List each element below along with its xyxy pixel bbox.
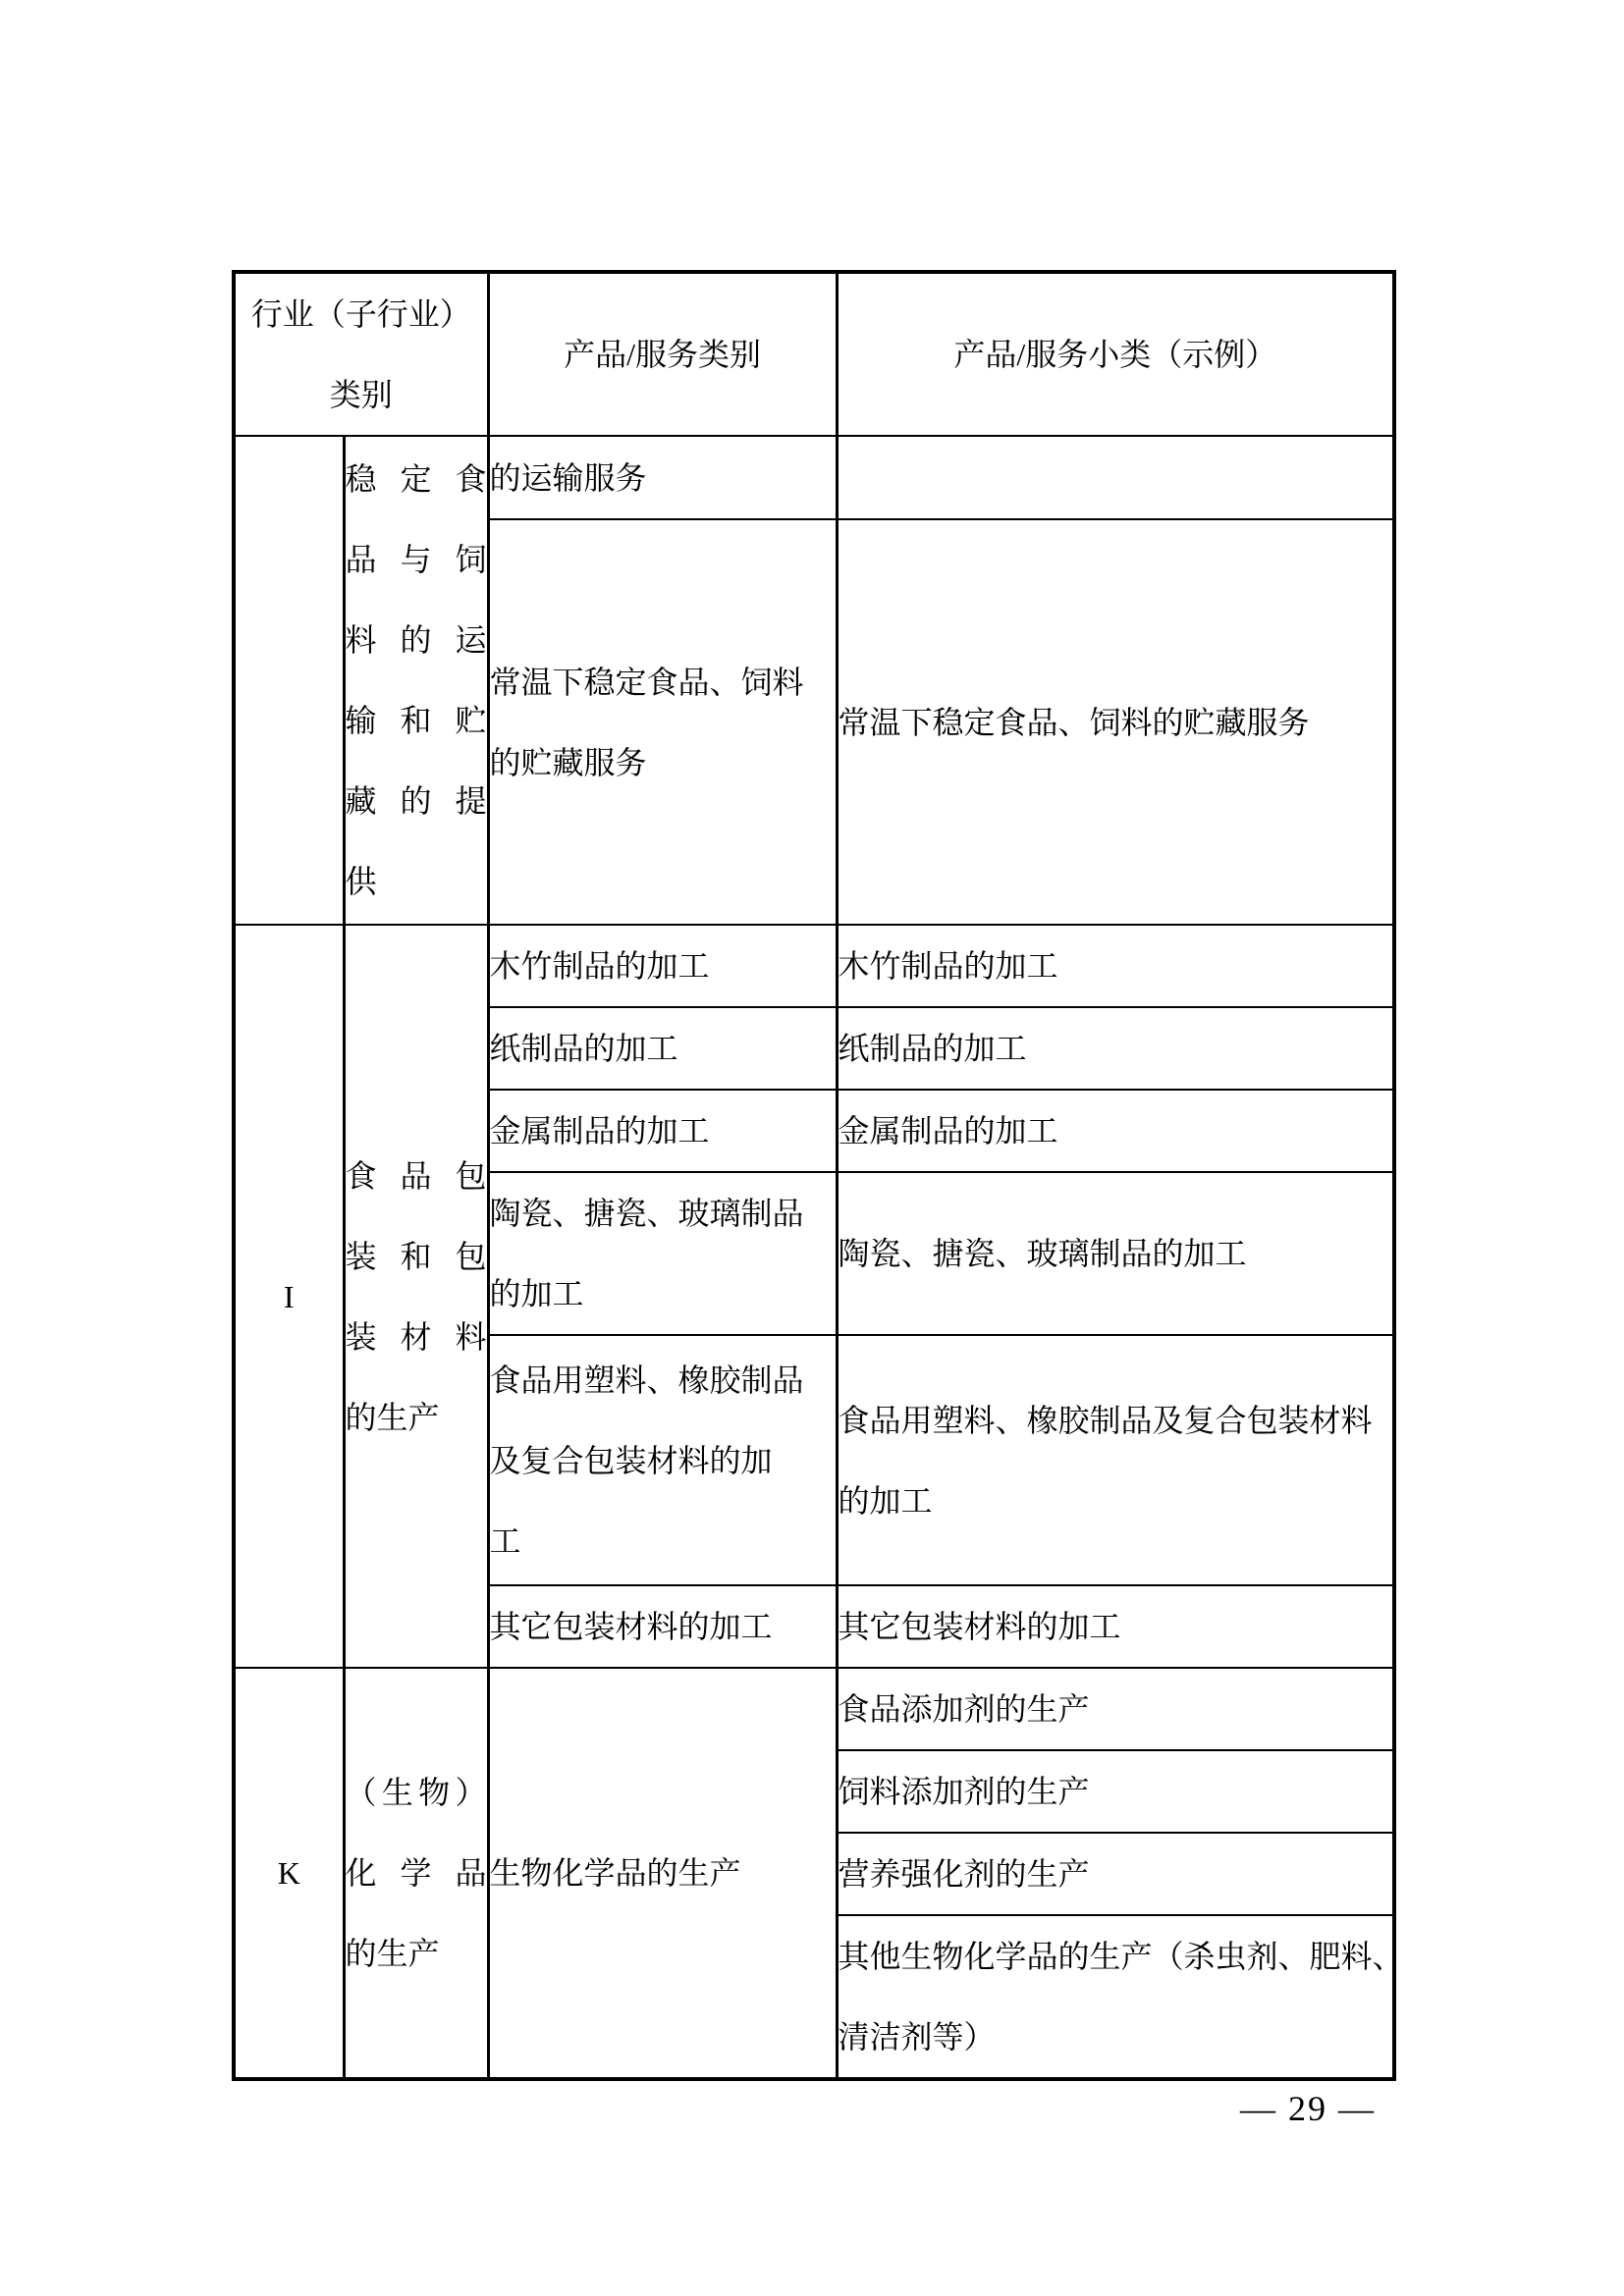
product-cell: 生物化学品的生产 <box>488 1668 837 2079</box>
subclass-cell: 金属制品的加工 <box>837 1090 1394 1172</box>
subclass-cell: 食品用塑料、橡胶制品及复合包装材料的加工 <box>837 1335 1394 1585</box>
product-cell: 木竹制品的加工 <box>488 925 837 1007</box>
industry-letter-cell: I <box>234 925 344 1668</box>
subclass-cell: 其他生物化学品的生产（杀虫剂、肥料、清洁剂等） <box>837 1915 1394 2079</box>
industry-category-cell: 稳定食品与饲料的运输和贮藏的提供 <box>344 436 488 925</box>
subclass-cell <box>837 436 1394 519</box>
industry-category-cell: 食品包装和包装材料的生产 <box>344 925 488 1668</box>
industry-letter-cell <box>234 436 344 925</box>
subclass-cell: 食品添加剂的生产 <box>837 1668 1394 1750</box>
subclass-cell: 常温下稳定食品、饲料的贮藏服务 <box>837 519 1394 925</box>
table-header-row: 行业（子行业）类别 产品/服务类别 产品/服务小类（示例） <box>234 272 1394 436</box>
product-cell: 纸制品的加工 <box>488 1007 837 1090</box>
subclass-cell: 饲料添加剂的生产 <box>837 1750 1394 1833</box>
table-row: K （生物）化学品的生产 生物化学品的生产 食品添加剂的生产 <box>234 1668 1394 1750</box>
subclass-cell: 陶瓷、搪瓷、玻璃制品的加工 <box>837 1172 1394 1335</box>
header-product-service-class: 产品/服务类别 <box>488 272 837 436</box>
product-cell: 食品用塑料、橡胶制品及复合包装材料的加工 <box>488 1335 837 1585</box>
header-industry-category: 行业（子行业）类别 <box>234 272 488 436</box>
page-number: — 29 — <box>1215 2081 1401 2136</box>
product-cell: 的运输服务 <box>488 436 837 519</box>
header-product-service-subclass: 产品/服务小类（示例） <box>837 272 1394 436</box>
subclass-cell: 木竹制品的加工 <box>837 925 1394 1007</box>
table-row: I 食品包装和包装材料的生产 木竹制品的加工 木竹制品的加工 <box>234 925 1394 1007</box>
document-page: 行业（子行业）类别 产品/服务类别 产品/服务小类（示例） 稳定食品与饲料的运输… <box>0 0 1624 2296</box>
subclass-cell: 其它包装材料的加工 <box>837 1585 1394 1668</box>
product-cell: 常温下稳定食品、饲料的贮藏服务 <box>488 519 837 925</box>
subclass-cell: 纸制品的加工 <box>837 1007 1394 1090</box>
table-row: 稳定食品与饲料的运输和贮藏的提供 的运输服务 <box>234 436 1394 519</box>
product-cell: 其它包装材料的加工 <box>488 1585 837 1668</box>
product-cell: 金属制品的加工 <box>488 1090 837 1172</box>
industry-category-cell: （生物）化学品的生产 <box>344 1668 488 2079</box>
product-cell: 陶瓷、搪瓷、玻璃制品的加工 <box>488 1172 837 1335</box>
subclass-cell: 营养强化剂的生产 <box>837 1833 1394 1915</box>
industry-products-table: 行业（子行业）类别 产品/服务类别 产品/服务小类（示例） 稳定食品与饲料的运输… <box>232 270 1396 2081</box>
industry-letter-cell: K <box>234 1668 344 2079</box>
